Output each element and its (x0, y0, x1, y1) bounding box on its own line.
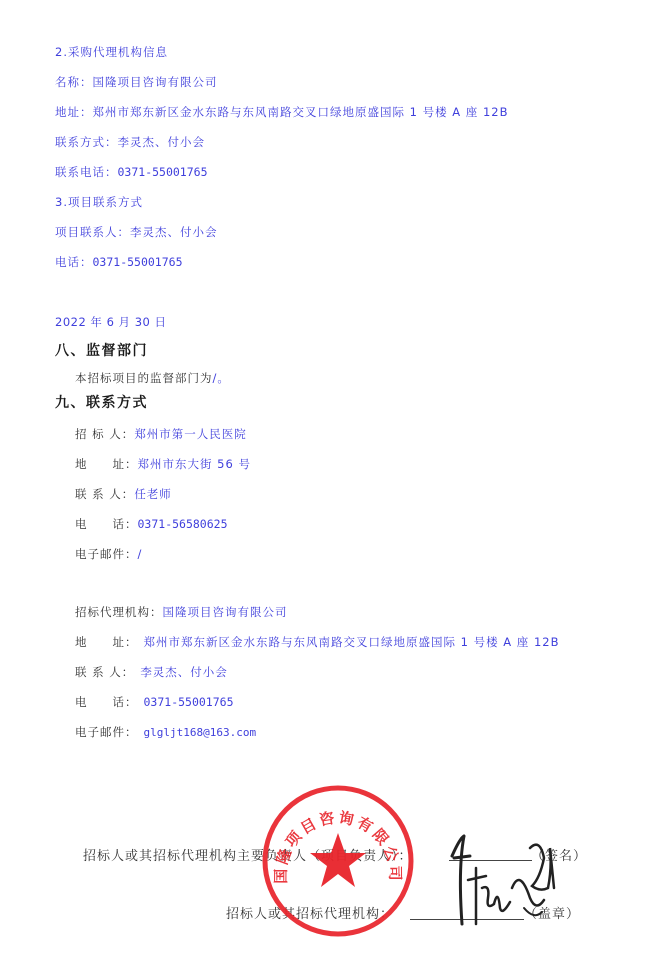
agency-name-2: 国隆项目咨询有限公司 (163, 605, 288, 619)
agency-email-row-2: 电子邮件：glgljt168@163.com (75, 724, 256, 741)
agency-name-row-2: 招标代理机构：国隆项目咨询有限公司 (75, 604, 288, 620)
tenderer-email-label: 电子邮件： (75, 547, 138, 561)
tenderer-phone-row: 电 话：0371-56580625 (75, 516, 228, 532)
tenderer-address-row: 地 址：郑州市东大街 56 号 (75, 456, 251, 472)
agency-contact: 联系方式：李灵杰、付小会 (55, 134, 205, 150)
project-phone-label: 电话： (55, 255, 93, 269)
supervision-text: 本招标项目的监督部门为 (75, 371, 213, 385)
tenderer-address: 郑州市东大街 56 号 (138, 457, 251, 471)
agency-contact-row-2: 联 系 人：李灵杰、付小会 (75, 664, 228, 680)
document-date: 2022 年 6 月 30 日 (55, 314, 167, 330)
supervision-value: /。 (213, 371, 230, 385)
tenderer-contact-label: 联 系 人： (75, 487, 134, 501)
agency-contact-label-2: 联 系 人： (75, 665, 134, 679)
agency-phone: 0371-55001765 (118, 165, 208, 179)
agency-name: 名称：国隆项目咨询有限公司 (55, 74, 218, 90)
agency-phone-label-2: 电 话： (75, 695, 138, 709)
tenderer-name: 郑州市第一人民医院 (134, 427, 247, 441)
agency-phone-row: 联系电话：0371-55001765 (55, 164, 208, 180)
tenderer-phone-label: 电 话： (75, 517, 138, 531)
tenderer-contact-row: 联 系 人：任老师 (75, 486, 172, 502)
project-phone-row: 电话：0371-55001765 (55, 254, 183, 270)
company-seal-icon: 国隆项目咨询有限公司 (260, 783, 416, 939)
section-8-heading: 八、监督部门 (55, 343, 148, 359)
tenderer-contact: 任老师 (134, 487, 172, 501)
agency-address-2: 郑州市郑东新区金水东路与东风南路交叉口绿地原盛国际 1 号楼 A 座 12B (144, 635, 560, 649)
tenderer-email: / (138, 547, 143, 561)
handwritten-signature-icon (440, 828, 580, 928)
agency-phone-2: 0371-55001765 (144, 695, 234, 709)
section-8-text: 本招标项目的监督部门为/。 (75, 370, 230, 386)
agency-section-title: 2.采购代理机构信息 (55, 44, 168, 60)
agency-contact-2: 李灵杰、付小会 (140, 665, 228, 679)
agency-name-label-2: 招标代理机构： (75, 605, 163, 619)
project-contact-person: 项目联系人：李灵杰、付小会 (55, 224, 218, 240)
tenderer-name-label: 招 标 人： (75, 427, 134, 441)
section-9-heading: 九、联系方式 (55, 395, 148, 411)
agency-email-2: glgljt168@163.com (144, 726, 257, 739)
project-contact-title: 3.项目联系方式 (55, 194, 143, 210)
tenderer-phone: 0371-56580625 (138, 517, 228, 531)
tenderer-email-row: 电子邮件：/ (75, 546, 142, 562)
agency-address: 地址：郑州市郑东新区金水东路与东风南路交叉口绿地原盛国际 1 号楼 A 座 12… (55, 104, 508, 120)
project-phone: 0371-55001765 (93, 255, 183, 269)
agency-email-label-2: 电子邮件： (75, 725, 138, 739)
agency-phone-label: 联系电话： (55, 165, 118, 179)
tenderer-address-label: 地 址： (75, 457, 138, 471)
agency-phone-row-2: 电 话：0371-55001765 (75, 694, 234, 710)
agency-address-label-2: 地 址： (75, 635, 138, 649)
tenderer-name-row: 招 标 人：郑州市第一人民医院 (75, 426, 247, 442)
agency-address-row-2: 地 址：郑州市郑东新区金水东路与东风南路交叉口绿地原盛国际 1 号楼 A 座 1… (75, 634, 559, 650)
